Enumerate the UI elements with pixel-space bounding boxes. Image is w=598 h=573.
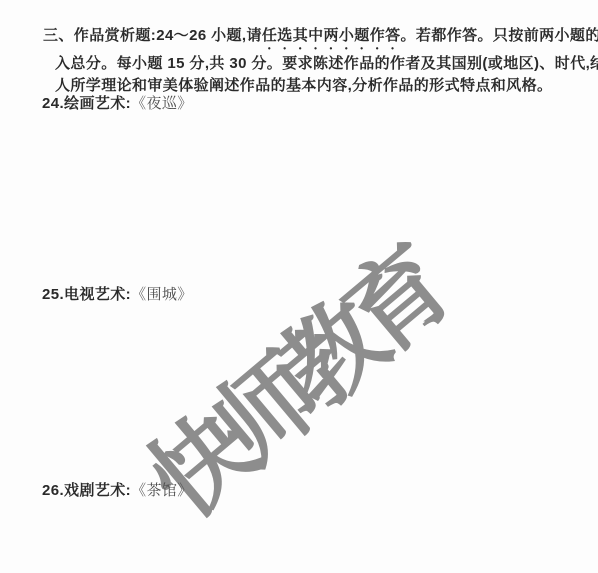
exam-paper-page: 快师教育 三、作品赏析题:24～26 小题,请任选其中两小题作答。若都作答。只按… [0,0,598,573]
intro-line-1-emphasized-phrase: 任选其中两小题作答 [262,27,401,44]
intro-line-2: 入总分。每小题 15 分,共 30 分。要求陈述作品的作者及其国别(或地区)、时… [55,53,598,75]
question-24-title: 《夜巡》 [131,96,193,112]
question-25-label: 25.电视艺术: [42,286,131,303]
intro-line-1-pre: 三、作品赏析题:24～26 小题,请 [43,27,262,44]
question-26-label: 26.戏剧艺术: [42,482,131,499]
question-24-label: 24.绘画艺术: [42,95,131,112]
question-25-title: 《围城》 [131,287,193,303]
question-item-25: 25.电视艺术:《围城》 [42,284,193,306]
intro-line-1: 三、作品赏析题:24～26 小题,请任选其中两小题作答。若都作答。只按前两小题的… [43,25,598,53]
question-26-title: 《茶馆》 [131,483,193,499]
section-intro-paragraph: 三、作品赏析题:24～26 小题,请任选其中两小题作答。若都作答。只按前两小题的… [43,25,598,97]
question-item-26: 26.戏剧艺术:《茶馆》 [42,480,193,502]
question-item-24: 24.绘画艺术:《夜巡》 [42,93,193,115]
page-content: 三、作品赏析题:24～26 小题,请任选其中两小题作答。若都作答。只按前两小题的… [0,0,598,573]
intro-line-1-post: 。若都作答。只按前两小题的得分计 [401,27,598,44]
